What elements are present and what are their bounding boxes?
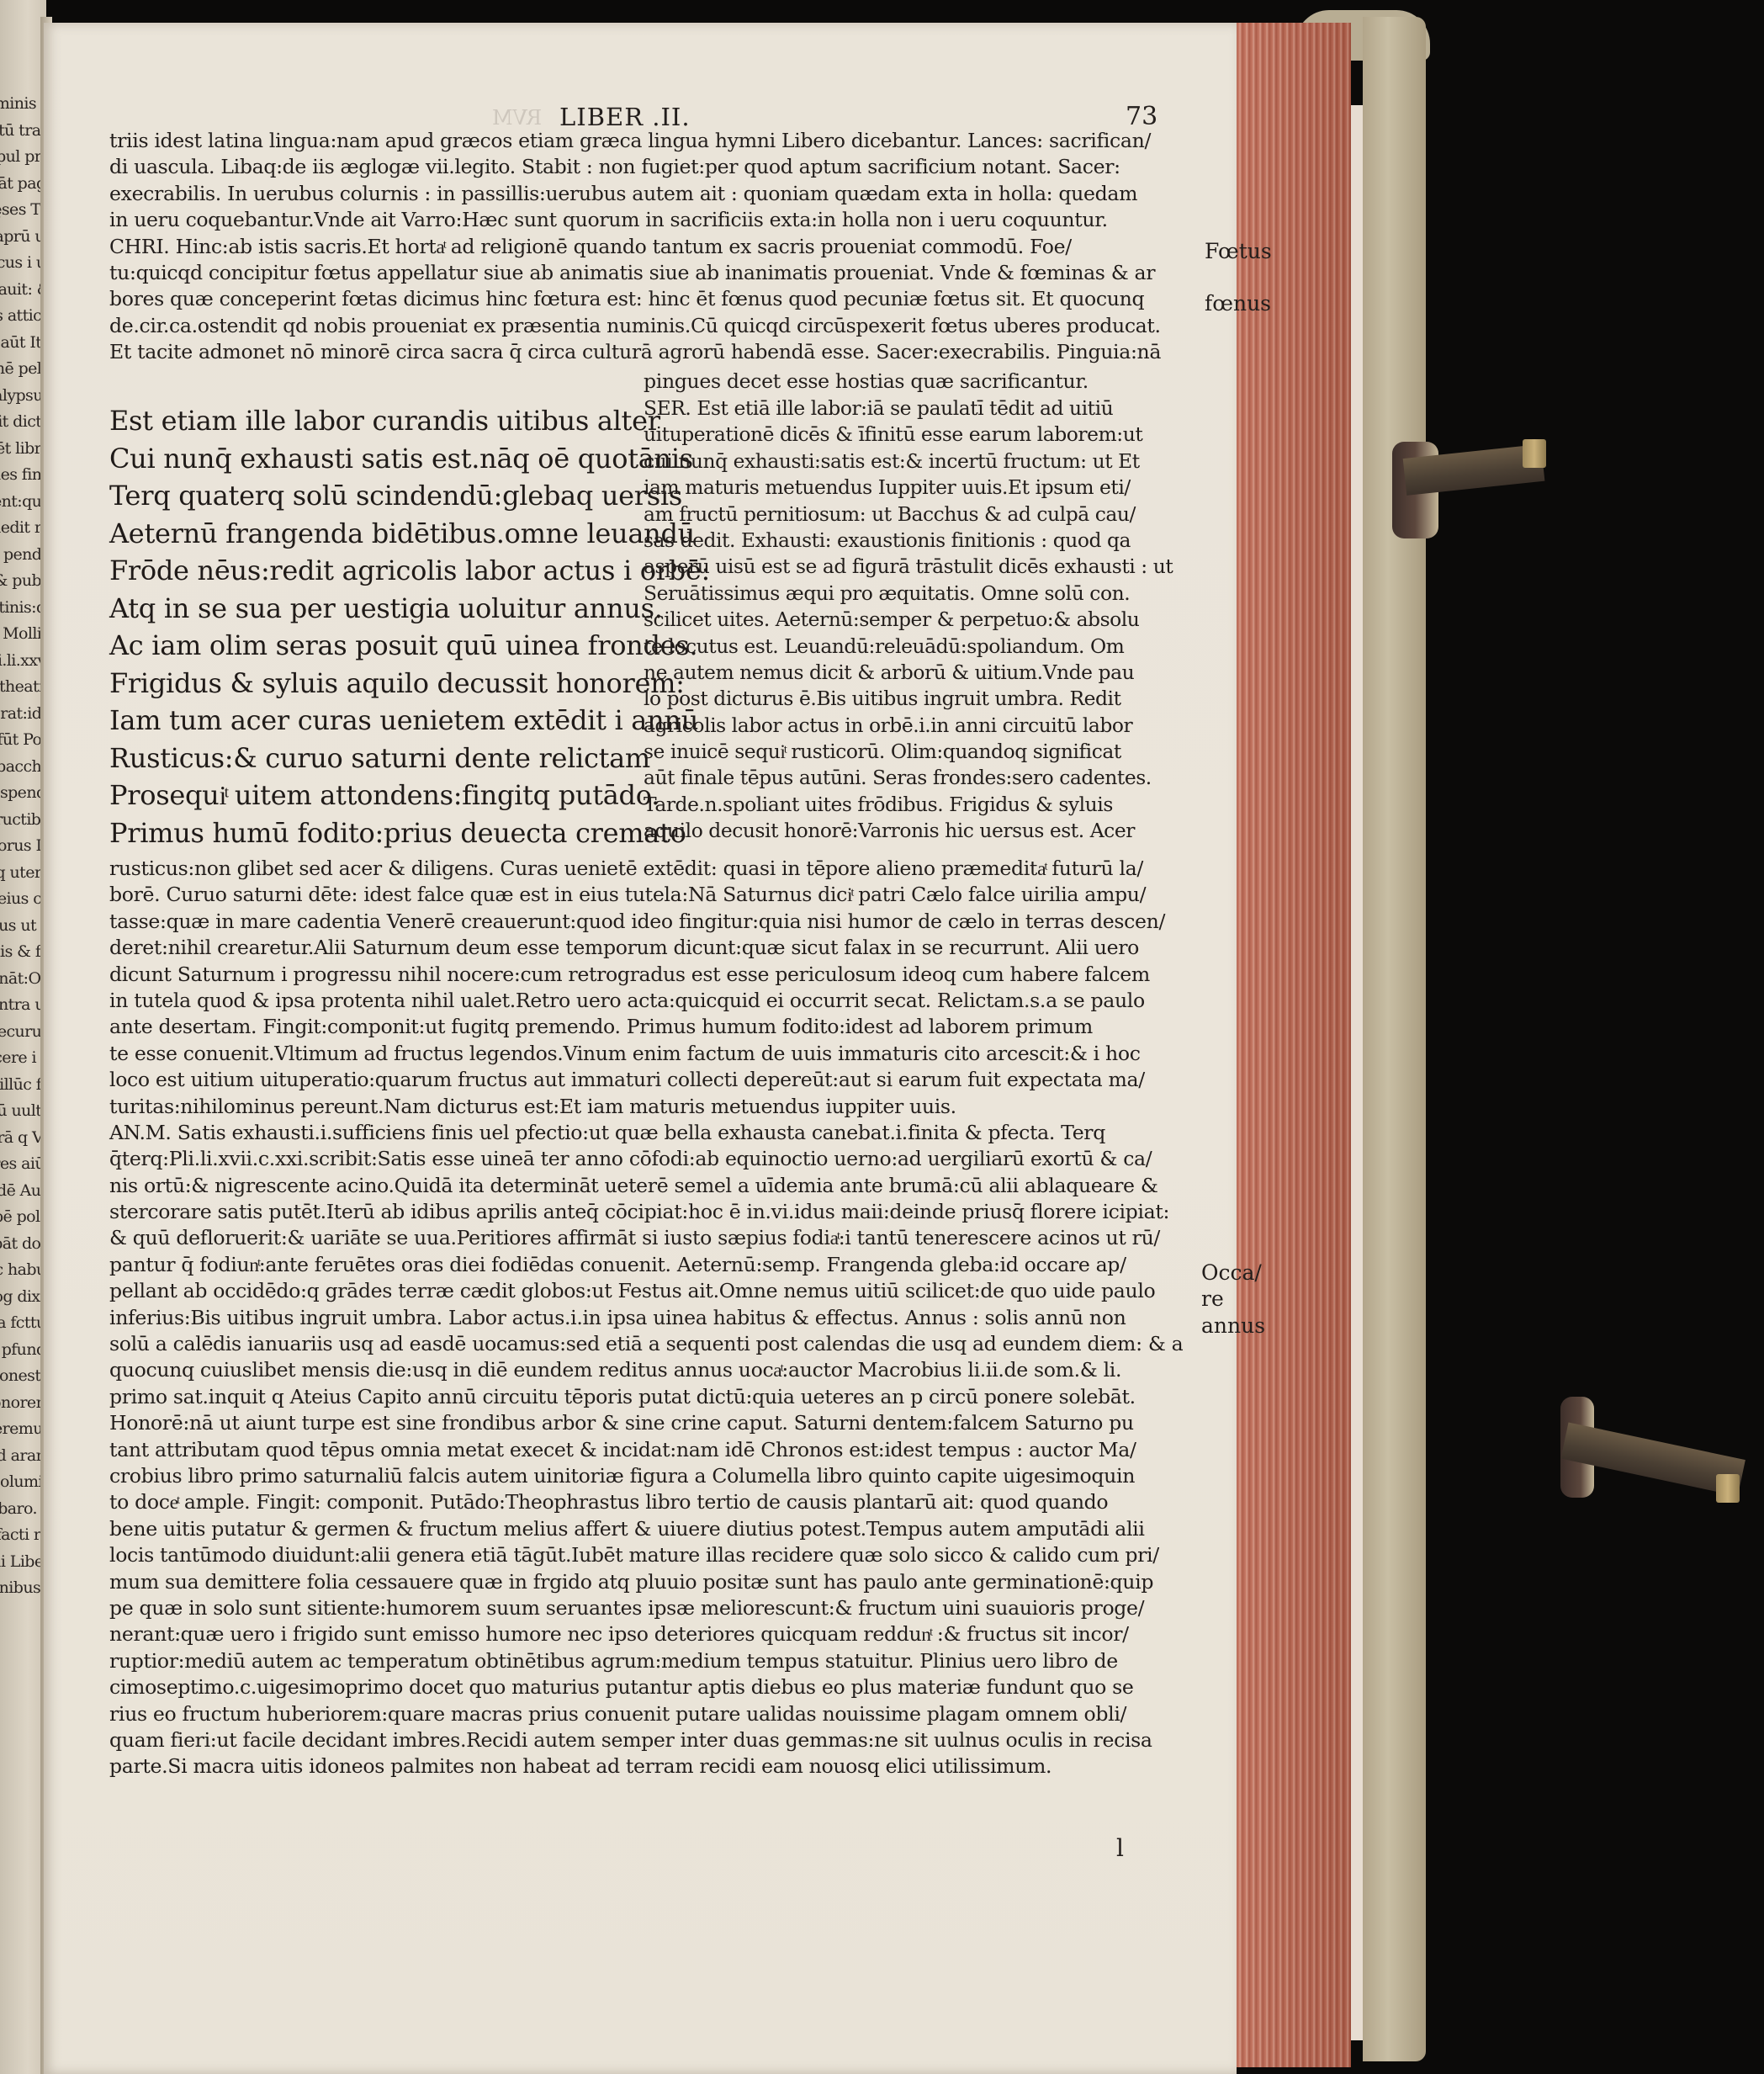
left-page-line: abat eius ca xyxy=(0,886,46,913)
commentary-line: Seruātissimus æqui pro æquitatis. Omne s… xyxy=(644,581,1173,607)
bottom-commentary: rusticus:non glibet sed acer & diligens.… xyxy=(109,856,1183,1780)
commentary-line: cimoseptimo.c.uigesimoprimo docet quo ma… xyxy=(109,1674,1183,1700)
commentary-line: solū a calēdis ianuariis usq ad easdē uo… xyxy=(109,1331,1183,1357)
left-page-line: fuspendi xyxy=(0,780,46,807)
top-commentary-continuation: pingues decet esse hostias quæ sacrifica… xyxy=(644,369,1089,395)
commentary-line: ruptior:mediū autem ac temperatum obtinē… xyxy=(109,1648,1183,1674)
commentary-line: aūt finale tēpus autūni. Seras frondes:s… xyxy=(644,765,1173,791)
commentary-line: to doceͭ ample. Fingit: componit. Putādo… xyxy=(109,1489,1183,1515)
commentary-line: cui nunq̄ exhausti:satis est:& incertū f… xyxy=(644,448,1173,475)
left-facing-page: carminis ggnotū tragenia:pul pra:dictū ā… xyxy=(0,0,46,2074)
verse-line: Terq quaterq solū scindendū:glebaq uersi… xyxy=(109,477,710,515)
commentary-line: scilicet uites. Aeternū:semper & perpetu… xyxy=(644,607,1173,633)
verse-line: Ac iam olim seras posuit quū uinea frond… xyxy=(109,627,710,665)
servius-commentary: SER. Est etiā ille labor:iā se paulatī t… xyxy=(644,395,1173,845)
running-head: LIBER .II. xyxy=(559,103,691,131)
commentary-line: iam maturis metuendus Iuppiter uuis.Et i… xyxy=(644,475,1173,501)
commentary-line: AN.M. Satis exhausti.i.sufficiens finis … xyxy=(109,1120,1183,1146)
left-page-line: ēt illūc fo xyxy=(0,1072,46,1099)
commentary-line: nerant:quæ uero i frigido sunt emisso hu… xyxy=(109,1621,1183,1647)
commentary-line: dicunt Saturnum i progressu nihil nocere… xyxy=(109,962,1183,988)
commentary-line: CHRI. Hinc:ab istis sacris.Et hortaͭ ad … xyxy=(109,234,1161,260)
commentary-line: di uascula. Libaq:de iis æglogæ vii.legi… xyxy=(109,154,1161,180)
left-page-line: pēderat:idē xyxy=(0,701,46,728)
left-page-line: n urbē polit xyxy=(0,1204,46,1231)
commentary-line: am fructū pernitiosum: ut Bacchus & ad c… xyxy=(644,501,1173,528)
commentary-line: se inuicē sequiͭ rusticorū. Olim:quandoq… xyxy=(644,739,1173,765)
left-page-line: at:hæc habui xyxy=(0,1257,46,1284)
left-page-line: polita pendē xyxy=(0,542,46,569)
commentary-line: q̄terq:Pli.li.xvii.c.xxi.scribit:Satis e… xyxy=(109,1146,1183,1172)
commentary-line: & quū defloruerit:& uariāte se uua.Perit… xyxy=(109,1225,1183,1251)
left-page-line: calypsus xyxy=(0,383,46,410)
margin-note-foenus: fœnus xyxy=(1205,290,1271,316)
commentary-line: stercorare satis putēt.Iterū ab idibus a… xyxy=(109,1199,1183,1225)
commentary-line: borē. Curuo saturni dēte: idest falce qu… xyxy=(109,882,1183,908)
verse-line: Est etiam ille labor curandis uitibus al… xyxy=(109,402,710,440)
verse-line: Atq in se sua per uestigia uoluitur annu… xyxy=(109,590,710,628)
commentary-line: loco est uitium uituperatio:quarum fruct… xyxy=(109,1067,1183,1093)
commentary-line: nis ortū:& nigrescente acino.Quidā ita d… xyxy=(109,1173,1183,1199)
left-page-line: ornāt:Ob xyxy=(0,966,46,993)
left-page-line: ctos attico xyxy=(0,303,46,330)
left-page-line: & publi xyxy=(0,568,46,595)
left-page-line: exta columis xyxy=(0,1469,46,1496)
commentary-line: pantur q̄ fodiunͭ:ante feruētes oras die… xyxy=(109,1252,1183,1278)
commentary-line: crobius libro primo saturnaliū falcis au… xyxy=(109,1463,1183,1489)
commentary-line: pellant ab occidēdo:q grādes terræ cædit… xyxy=(109,1278,1183,1304)
commentary-line: Tarde.n.spoliant uites frōdibus. Frigidu… xyxy=(644,792,1173,818)
left-page-line: :dictū āt pagi xyxy=(0,171,46,198)
commentary-line: agricolis labor actus in orbē.i.in anni … xyxy=(644,713,1173,739)
left-page-line: s utebāt don xyxy=(0,1231,46,1258)
left-page-line: o finit dicta xyxy=(0,409,46,436)
commentary-line: te esse conuenit.Vltimum ad fructus lege… xyxy=(109,1041,1183,1067)
left-page-line: ctū uulta xyxy=(0,1098,46,1125)
margin-note-foetus: Fœtus xyxy=(1205,238,1272,264)
commentary-line: primo sat.inquit q Ateius Capito annū ci… xyxy=(109,1384,1183,1410)
show-through-running-head: RVM xyxy=(492,106,542,130)
left-page-line: tuta fūt Poe xyxy=(0,727,46,754)
commentary-line: in tutela quod & ipsa protenta nihil ual… xyxy=(109,988,1183,1014)
left-page-line: Vel q utere xyxy=(0,860,46,887)
left-page-line: facere i g xyxy=(0,1045,46,1072)
commentary-line: tu:quicqd concipitur fœtus appellatur si… xyxy=(109,260,1161,286)
left-page-line: cus ad aram xyxy=(0,1443,46,1470)
fore-edge-shade xyxy=(1230,23,1351,2067)
left-page-line: phitheatri xyxy=(0,674,46,701)
margin-note-annus: annus xyxy=(1201,1313,1265,1339)
folio-number: 73 xyxy=(1126,102,1157,131)
upper-clasp-brass-tip xyxy=(1523,439,1546,468)
left-page-line: lieres aiūt xyxy=(0,1151,46,1178)
verse-line: Frōde nēus:redit agricolis labor actus i… xyxy=(109,552,710,590)
commentary-line: uituperationē dicēs & īfinitū esse earum… xyxy=(644,422,1173,448)
left-page-line: pligauit: & xyxy=(0,277,46,304)
verse-line: Prosequiͭ uitem attondens:fingitq putādo… xyxy=(109,777,710,814)
vellum-binding xyxy=(1363,17,1426,2061)
left-page-line: recurua xyxy=(0,1019,46,1046)
verse-line: Primus humū fodito:prius deuecta cremato xyxy=(109,814,710,852)
verse-line: Aeternū frangenda bidētibus.omne leuandū xyxy=(109,515,710,553)
left-page-line: eodē Aug xyxy=(0,1178,46,1205)
left-page-line: ogir bonestū xyxy=(0,1363,46,1390)
left-page-line: ī intra ut xyxy=(0,992,46,1019)
left-page-line: i tamē pela xyxy=(0,356,46,383)
margin-note-re: re xyxy=(1201,1286,1224,1312)
commentary-line: aquilo decusit honorē:Varronis hic uersu… xyxy=(644,818,1173,844)
left-page-line: ficerent:qua xyxy=(0,489,46,516)
left-page-line: iba feremus xyxy=(0,1416,46,1443)
commentary-line: ne autem nemus dicit & arborū & uitium.V… xyxy=(644,660,1173,686)
left-page-line: honorem xyxy=(0,1390,46,1417)
commentary-line: execrabilis. In uerubus colurnis : in pa… xyxy=(109,181,1161,207)
left-page-line: gines fine xyxy=(0,462,46,489)
left-page-line: rōe baccho xyxy=(0,754,46,781)
commentary-line: SER. Est etiā ille labor:iā se paulatī t… xyxy=(644,395,1173,422)
left-page-line: ftigiis & fu xyxy=(0,939,46,966)
commentary-line: te locutus est. Leuandū:releuādū:spolian… xyxy=(644,634,1173,660)
commentary-line: quocunq cuiuslibet mensis die:usq in diē… xyxy=(109,1357,1183,1383)
left-page-line: s ēt libro xyxy=(0,436,46,463)
left-page-line: L.caprū ut xyxy=(0,224,46,251)
left-page-text: carminis ggnotū tragenia:pul pra:dictū ā… xyxy=(0,91,46,1602)
left-page-line: a fcttu. xyxy=(0,1310,46,1337)
commentary-line: sas dedit. Exhausti: exaustionis finitio… xyxy=(644,528,1173,554)
commentary-line: rius eo fructum huberiorem:quare macras … xyxy=(109,1701,1183,1727)
commentary-line: turitas:nihilominus pereunt.Nam dicturus… xyxy=(109,1094,1183,1120)
commentary-line: lo post dicturus ē.Bis uitibus ingruit u… xyxy=(644,686,1173,712)
commentary-line: in ueru coquebantur.Vnde ait Varro:Hæc s… xyxy=(109,207,1161,233)
left-page-line: ficaminibus f xyxy=(0,1575,46,1602)
left-page-line: nog dixit xyxy=(0,1284,46,1311)
commentary-line: parte.Si macra uitis idoneos palmites no… xyxy=(109,1753,1183,1780)
commentary-line: bores quæ conceperint fœtas dicimus hinc… xyxy=(109,286,1161,312)
left-page-line: gr pli.li.xxvi xyxy=(0,648,46,675)
commentary-line: de.cir.ca.ostendit qd nobis proueniat ex… xyxy=(109,313,1161,339)
commentary-line: Et tacite admonet nō minorē circa sacra … xyxy=(109,339,1161,365)
left-page-line: cer chorus Li xyxy=(0,833,46,860)
commentary-line: triis idest latina lingua:nam apud græco… xyxy=(109,128,1161,154)
left-page-line: carminis g xyxy=(0,91,46,118)
margin-note-occare: Occa/ xyxy=(1201,1260,1262,1286)
top-commentary: triis idest latina lingua:nam apud græco… xyxy=(109,128,1161,366)
verse-line: Iam tum acer curas uenietem extēdit i an… xyxy=(109,702,710,740)
commentary-line: rusticus:non glibet sed acer & diligens.… xyxy=(109,856,1183,882)
signature-mark: l xyxy=(1116,1834,1124,1862)
left-page-line: dicius ut p xyxy=(0,913,46,940)
left-page-line: fonii aūt Ita xyxy=(0,330,46,357)
verse-line: Cui nunq̄ exhausti satis est.nāq oē quot… xyxy=(109,440,710,478)
left-page-line: ribus qui Liber xyxy=(0,1549,46,1576)
lower-clasp-brass-tip xyxy=(1716,1474,1740,1503)
commentary-line: pe quæ in solo sunt sitiente:humorem suu… xyxy=(109,1595,1183,1621)
left-page-line: s p fructibu xyxy=(0,807,46,834)
commentary-line: asperū uisū est se ad figurā trāstulit d… xyxy=(644,554,1173,580)
commentary-line: locis tantūmodo diuidunt:alii genera eti… xyxy=(109,1542,1183,1568)
commentary-line: inferius:Bis uitibus ingruit umbra. Labo… xyxy=(109,1305,1183,1331)
left-page-line: pignus abaro. N xyxy=(0,1496,46,1523)
commentary-line: bene uitis putatur & germen & fructum me… xyxy=(109,1516,1183,1542)
left-page-line: enia:pul pra xyxy=(0,144,46,171)
left-page-line: llo dedit re xyxy=(0,515,46,542)
commentary-line: Honorē:nā ut aiunt turpe est sine frondi… xyxy=(109,1410,1183,1436)
virgil-verse: Est etiam ille labor curandis uitibus al… xyxy=(109,402,710,851)
commentary-line: mum sua demittere folia cessauere quæ in… xyxy=(109,1569,1183,1595)
left-page-line: fep pfundi xyxy=(0,1337,46,1364)
left-page-line: berā q Ve xyxy=(0,1125,46,1152)
commentary-line: tasse:quæ in mare cadentia Venerē creaue… xyxy=(109,909,1183,935)
commentary-line: quam fieri:ut facile decidant imbres.Rec… xyxy=(109,1727,1183,1753)
verse-line: Rusticus:& curuo saturni dente relictam xyxy=(109,740,710,777)
verse-line: Frigidus & syluis aquilo decussit honore… xyxy=(109,665,710,703)
left-page-line: Et Auti facti ru xyxy=(0,1522,46,1549)
left-page-line: llis. Mollia xyxy=(0,621,46,648)
left-page-line: mētinis:di xyxy=(0,595,46,622)
commentary-line: tant attributam quod tēpus omnia metat e… xyxy=(109,1437,1183,1463)
left-page-line: gnotū trag xyxy=(0,118,46,145)
commentary-line: ante desertam. Fingit:componit:ut fugitq… xyxy=(109,1014,1183,1040)
commentary-line: deret:nihil crearetur.Alii Saturnum deum… xyxy=(109,935,1183,961)
left-page-line: & hircus i ui xyxy=(0,250,46,277)
left-page-line: henięses Th xyxy=(0,197,46,224)
